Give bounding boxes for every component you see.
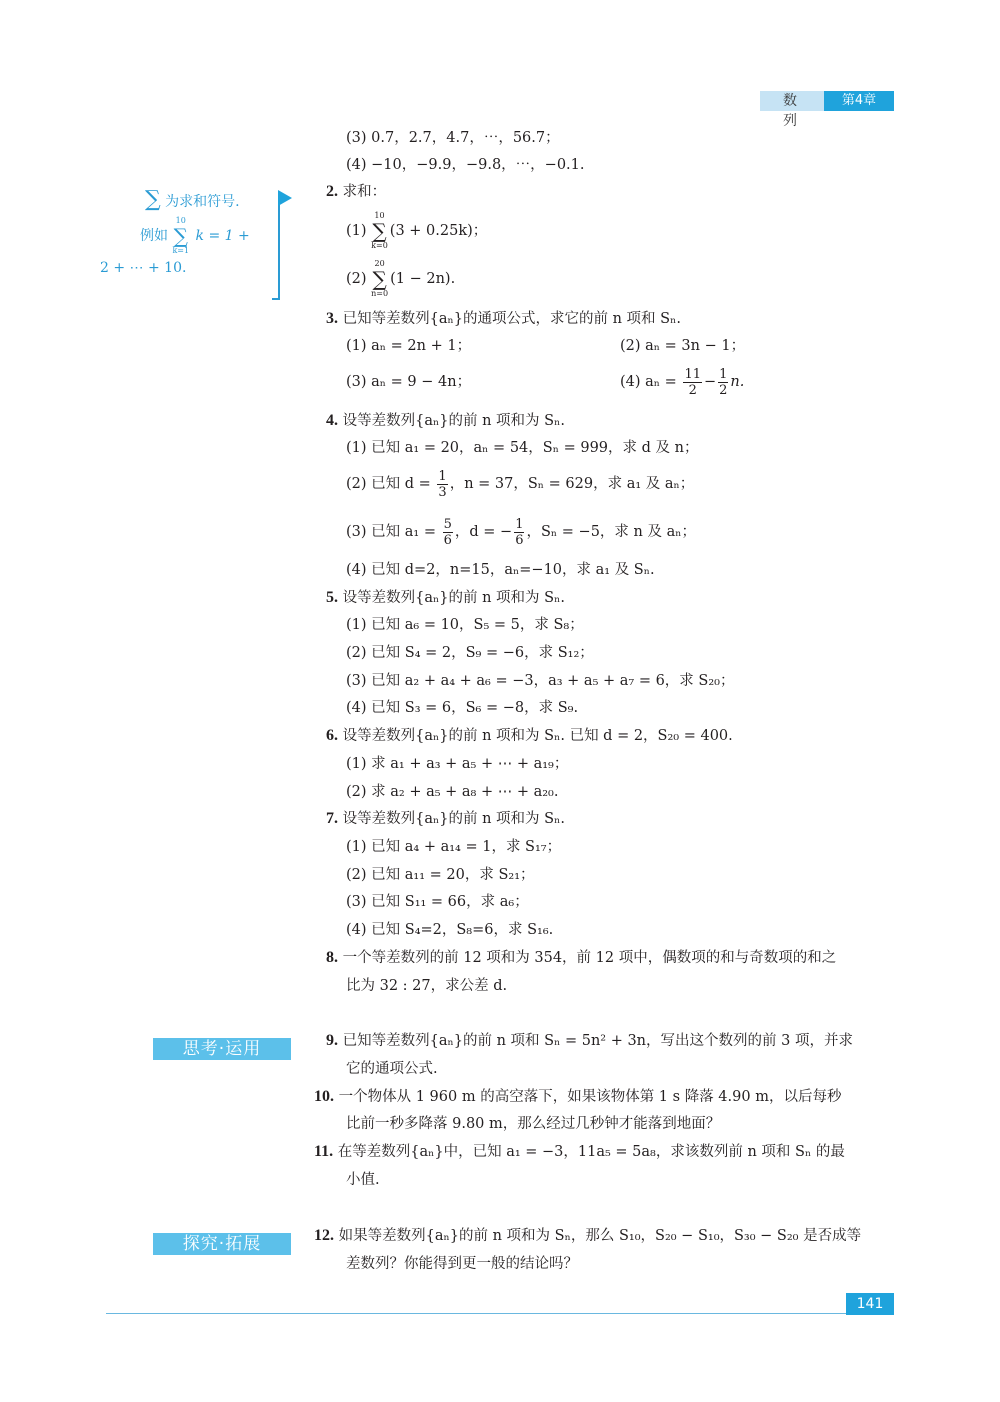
problem-5-4: (4) 已知 S₃ = 6，S₆ = −8，求 S₉. [346,698,578,718]
problem-4-4: (4) 已知 d=2，n=15，aₙ=−10，求 a₁ 及 Sₙ. [346,560,655,580]
problem-6-2: (2) 求 a₂ + a₅ + a₈ + ⋯ + a₂₀. [346,782,558,802]
problem-8-line2: 比为 32 : 27，求公差 d. [346,976,507,996]
problem-1-3: (3) 0.7，2.7，4.7，⋯，56.7； [346,128,560,148]
problem-6-title: 6. 设等差数列{aₙ}的前 n 项和为 Sₙ. 已知 d = 2，S₂₀ = … [326,726,733,746]
problem-11-line2: 小值. [346,1170,380,1190]
problem-2-1: (1) 10∑k=0(3 + 0.25k)； [346,210,487,252]
problem-2-title: 2. 求和： [326,182,386,202]
flag-icon [278,190,292,206]
problem-9-line2: 它的通项公式. [346,1059,438,1079]
note-bracket [272,196,280,300]
sum-symbol: 10∑k=1 [172,216,189,256]
running-header: 数 列 第4章 [760,91,894,111]
problem-12-line2: 差数列？你能得到更一般的结论吗？ [346,1254,578,1274]
footer-rule [106,1313,894,1314]
problem-7-3: (3) 已知 S₁₁ = 66，求 a₆； [346,892,529,912]
problem-1-4: (4) −10，−9.9，−9.8，⋯，−0.1. [346,155,585,175]
section-title: 数 列 [760,91,824,111]
problem-6-1: (1) 求 a₁ + a₃ + a₅ + ⋯ + a₁₉； [346,754,568,774]
section-tag-explore-extend: 探究·拓展 [153,1233,291,1255]
problem-8-line1: 8. 一个等差数列的前 12 项和为 354，前 12 项中，偶数项的和与奇数项… [326,948,836,968]
problem-5-title: 5. 设等差数列{aₙ}的前 n 项和为 Sₙ. [326,588,565,608]
problem-7-1: (1) 已知 a₄ + a₁₄ = 1，求 S₁₇； [346,837,561,857]
page-number: 141 [846,1293,894,1315]
sigma-icon: ∑ [145,187,161,212]
problem-7-4: (4) 已知 S₄=2，S₈=6，求 S₁₆. [346,920,553,940]
problem-2-2: (2) 20∑n=0(1 − 2n). [346,258,455,300]
problem-11-line1: 11. 在等差数列{aₙ}中，已知 a₁ = −3，11a₅ = 5a₈，求该数… [314,1142,845,1162]
chapter-label: 第4章 [824,91,894,111]
problem-5-1: (1) 已知 a₆ = 10，S₅ = 5，求 S₈； [346,615,584,635]
section-tag-think-apply: 思考·运用 [153,1038,291,1060]
problem-7-title: 7. 设等差数列{aₙ}的前 n 项和为 Sₙ. [326,809,565,829]
problem-9-line1: 9. 已知等差数列{aₙ}的前 n 项和 Sₙ = 5n² + 3n，写出这个数… [326,1031,853,1051]
problem-7-2: (2) 已知 a₁₁ = 20，求 S₂₁； [346,865,535,885]
problem-4-1: (1) 已知 a₁ = 20，aₙ = 54，Sₙ = 999，求 d 及 n； [346,438,698,458]
problem-5-2: (2) 已知 S₄ = 2，S₉ = −6，求 S₁₂； [346,643,594,663]
problem-3-2: (2) aₙ = 3n − 1； [620,336,745,356]
problem-10-line1: 10. 一个物体从 1 960 m 的高空落下，如果该物体第 1 s 降落 4.… [314,1087,841,1107]
problem-3-4: (4) aₙ = 112−12n. [620,364,744,400]
problem-3-1: (1) aₙ = 2n + 1； [346,336,471,356]
problem-4-3: (3) 已知 a₁ = 56，d = −16，Sₙ = −5，求 n 及 aₙ； [346,514,696,550]
margin-note: ∑ 为求和符号. 例如 10∑k=1 k = 1 + 2 + ⋯ + 10. [100,190,275,278]
problem-4-title: 4. 设等差数列{aₙ}的前 n 项和为 Sₙ. [326,411,565,431]
problem-4-2: (2) 已知 d = 13，n = 37，Sₙ = 629，求 a₁ 及 aₙ； [346,466,694,502]
problem-5-3: (3) 已知 a₂ + a₄ + a₆ = −3，a₃ + a₅ + a₇ = … [346,671,734,691]
problem-12-line1: 12. 如果等差数列{aₙ}的前 n 项和为 Sₙ，那么 S₁₀，S₂₀ − S… [314,1226,861,1246]
problem-3-title: 3. 已知等差数列{aₙ}的通项公式，求它的前 n 项和 Sₙ. [326,309,681,329]
problem-3-3: (3) aₙ = 9 − 4n； [346,372,471,392]
problem-10-line2: 比前一秒多降落 9.80 m，那么经过几秒钟才能落到地面？ [346,1114,720,1134]
